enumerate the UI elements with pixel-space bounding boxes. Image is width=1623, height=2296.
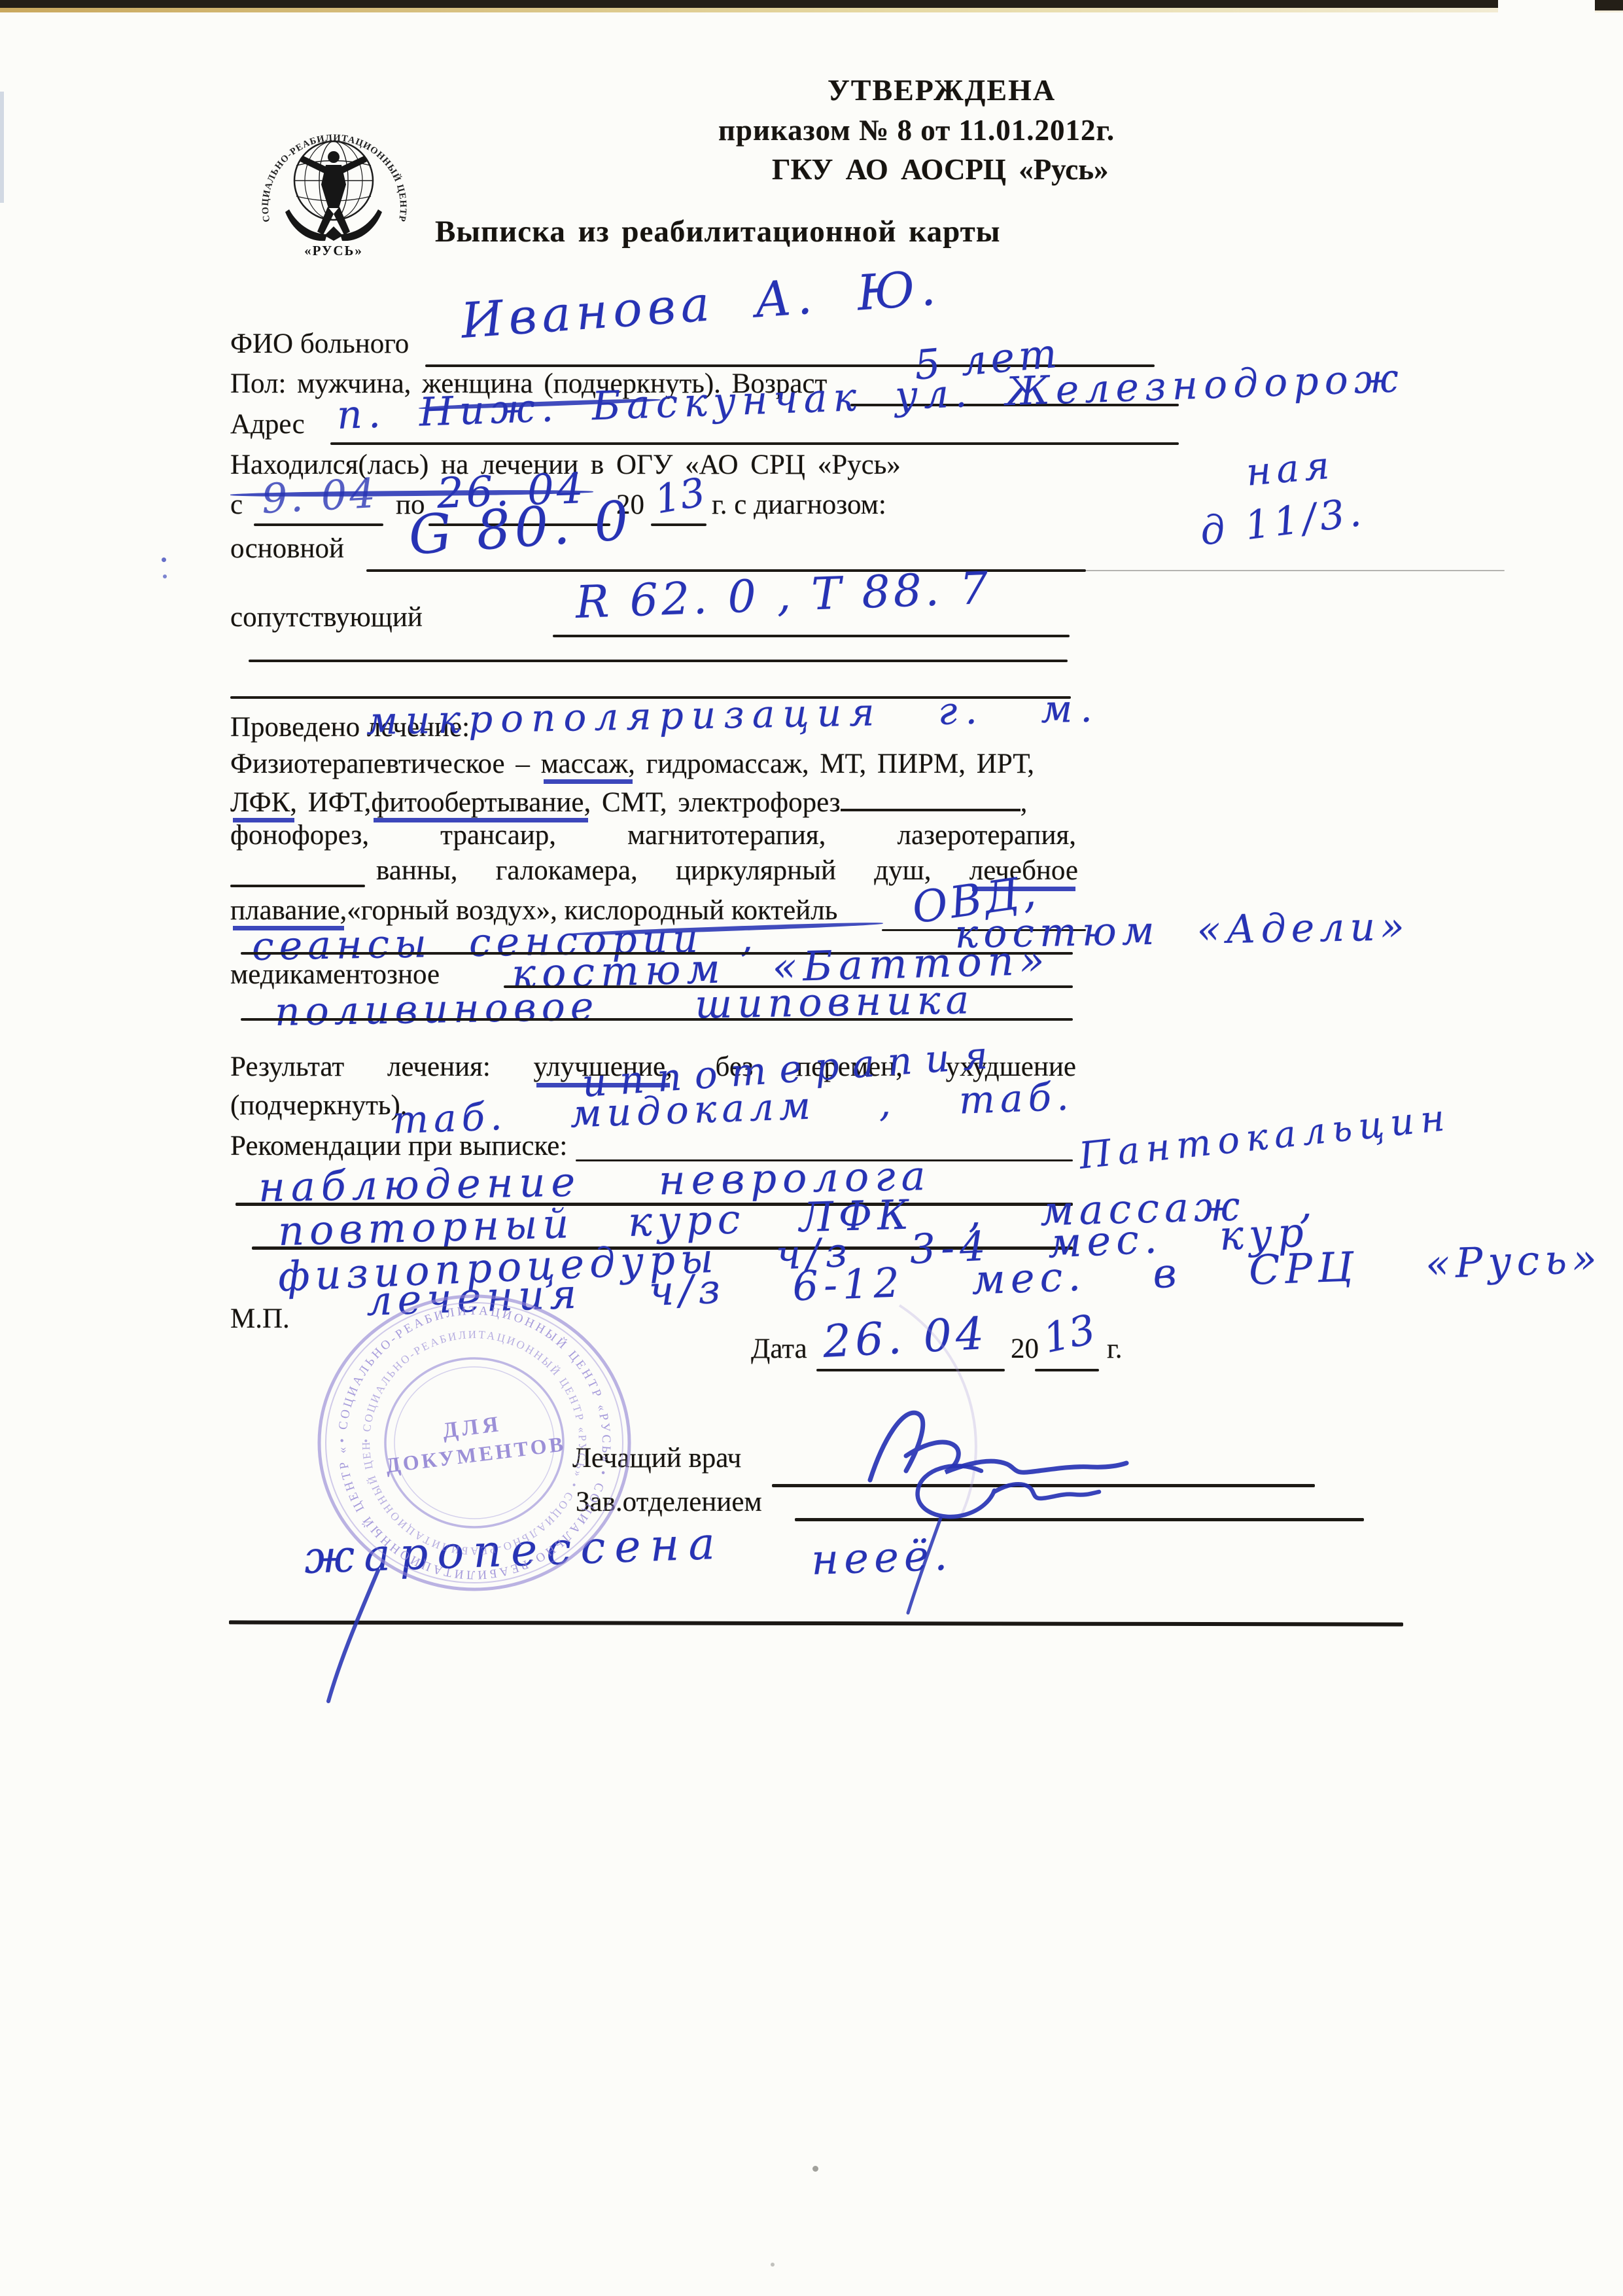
underline-note: (подчеркнуть). — [230, 1090, 408, 1122]
stamp-faint-arc — [899, 1305, 976, 1515]
word-circular: циркулярный — [676, 855, 836, 887]
word-result: Результат — [230, 1051, 344, 1083]
word-laser: лазеротерапия, — [897, 819, 1076, 851]
logo-human-figure — [300, 151, 367, 235]
comma: , — [1021, 787, 1028, 818]
approved-label: УТВЕРЖДЕНА — [828, 73, 1056, 107]
scan-edge-top — [0, 0, 1623, 8]
word-halochamber: галокамера, — [496, 855, 638, 887]
blank-rule-1 — [249, 660, 1068, 662]
physio-line-2: ЛФК, ИФТ,фитообертывание, СМТ, электрофо… — [230, 784, 1027, 819]
electrophoresis-blank — [841, 784, 1021, 811]
scanned-document-page: УТВЕРЖДЕНА приказом № 8 от 11.01.2012г. … — [0, 0, 1623, 2296]
scan-edge-gap — [1498, 0, 1595, 13]
logo-name-text: «РУСЬ» — [304, 243, 363, 258]
address-overflow-1: ная — [1244, 442, 1336, 495]
baths-leading-rule — [230, 885, 365, 887]
medication-label: медикаментозное — [230, 959, 440, 991]
physio-line-3: фонофорез, трансаир, магнитотерапия, лаз… — [230, 819, 1076, 851]
year-suffix: г. с диагнозом: — [712, 489, 886, 521]
stamp-ring-text-outer: • СОЦИАЛЬНО-РЕАБИЛИТАЦИОННЫЙ ЦЕНТР «РУСЬ… — [256, 1233, 613, 1581]
gray-speck-2 — [771, 2263, 775, 2267]
stamp-and-signatures: • СОЦИАЛЬНО-РЕАБИЛИТАЦИОННЫЙ ЦЕНТР «РУСЬ… — [262, 1243, 1439, 1740]
word-treatment: лечения: — [387, 1051, 491, 1083]
stamp-center-line-1: ДЛЯ — [442, 1412, 504, 1443]
physio-massage: массаж, — [541, 749, 635, 779]
main-diagnosis-rule-faint — [1086, 570, 1505, 571]
scan-edge-tick — [1595, 0, 1623, 10]
scan-edge-tan — [0, 8, 1623, 12]
physio-prefix: Физиотерапевтическое – — [230, 749, 541, 779]
svg-text:• СОЦИАЛЬНО-РЕАБИЛИТАЦИОННЫЙ Ц: • СОЦИАЛЬНО-РЕАБИЛИТАЦИОННЫЙ ЦЕНТР «РУСЬ… — [256, 1233, 589, 1557]
year-rule — [651, 523, 707, 526]
logo-hands — [285, 209, 382, 241]
word-magnet: магнитотерапия, — [627, 819, 826, 851]
secondary-diagnosis-label: сопутствующий — [230, 602, 423, 633]
org-line: ГКУ АО АОСРЦ «Русь» — [772, 153, 1109, 186]
hand-pantocalcin: Пантокальцин — [1077, 1096, 1454, 1177]
physio-line: Физиотерапевтическое – массаж, гидромасс… — [230, 749, 1034, 780]
from-value: 9. 04 — [260, 469, 379, 523]
performed-value: микрополяризация г. м. — [366, 686, 1100, 743]
doctor-signature — [870, 1413, 1126, 1480]
order-line: приказом № 8 от 11.01.2012г. — [718, 114, 1115, 147]
year-value: 13 — [652, 469, 708, 523]
address-rule — [330, 442, 1179, 445]
secondary-diagnosis-rule — [553, 635, 1070, 637]
word-phonophoresis: фонофорез, — [230, 819, 369, 851]
recommendations-label: Рекомендации при выписке: — [230, 1131, 567, 1162]
page-title: Выписка из реабилитационной карты — [435, 215, 1000, 249]
hand-line-2-rule — [241, 1018, 1073, 1021]
address-overflow-2: д 11/3. — [1198, 489, 1368, 554]
address-label: Адрес — [230, 409, 305, 440]
from-rule — [254, 523, 383, 526]
head-signature-descender — [908, 1518, 941, 1613]
ift-word: ИФТ, — [297, 787, 371, 818]
head-signature — [918, 1466, 1099, 1517]
logo-icon: СОЦИАЛЬНО-РЕАБИЛИТАЦИОННЫЙ ЦЕНТР «РУСЬ» — [255, 110, 412, 264]
secondary-diagnosis-value: R 62. 0 , T 88. 7 — [575, 563, 992, 629]
word-baths: ванны, — [376, 855, 458, 887]
ink-speck-1 — [162, 557, 166, 562]
fio-value: Иванова А. Ю. — [459, 260, 943, 349]
main-diagnosis-label: основной — [230, 533, 344, 565]
word-swimming: плавание, — [230, 895, 347, 926]
stamp-ring-text-inner: • СОЦИАЛЬНО-РЕАБИЛИТАЦИОННЫЙ ЦЕНТР «РУСЬ… — [256, 1233, 589, 1557]
wrap-word: фитообертывание, — [371, 787, 591, 818]
fio-label: ФИО больного — [230, 328, 409, 360]
smt-word: СМТ, электрофорез — [591, 787, 840, 818]
ink-speck-2 — [163, 574, 167, 578]
word-transair: трансаир, — [440, 819, 556, 851]
scan-edge-left — [0, 92, 4, 203]
lfk-word: ЛФК, — [230, 787, 297, 818]
from-label: с — [230, 489, 243, 521]
physio-rest: гидромассаж, МТ, ПИРМ, ИРТ, — [635, 749, 1034, 779]
bottom-hand-descender — [328, 1570, 378, 1701]
svg-text:• СОЦИАЛЬНО-РЕАБИЛИТАЦИОННЫЙ Ц: • СОЦИАЛЬНО-РЕАБИЛИТАЦИОННЫЙ ЦЕНТР «РУСЬ… — [256, 1233, 613, 1581]
gray-speck-1 — [812, 2166, 818, 2172]
